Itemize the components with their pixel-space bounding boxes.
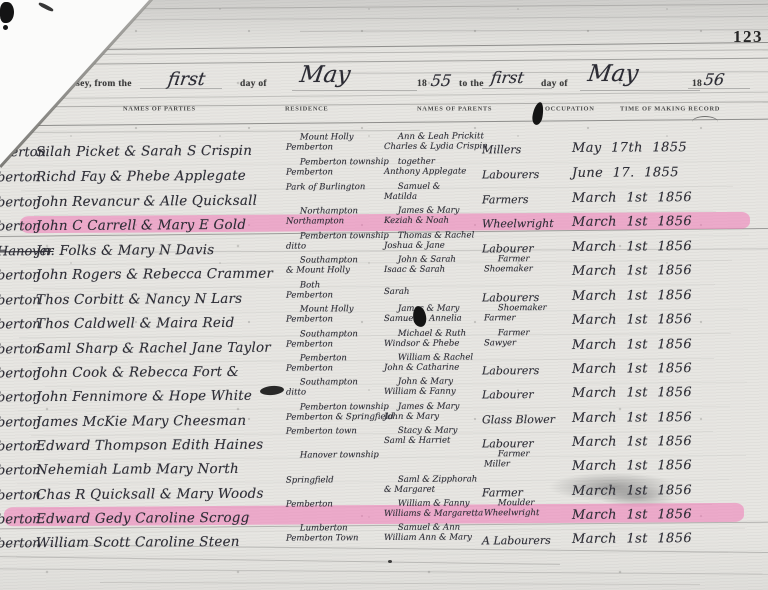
where-married-cell: berton [0,390,41,405]
occupation-cell: Glass Blower [482,413,555,426]
residence-line-2: Springfield [286,476,334,486]
residence-cell: NorthamptonNorthampton [286,207,358,226]
ink-blot-occupation-header [531,101,545,125]
record-date-cell: March 1st 1856 [572,190,692,206]
ruled-line [0,49,768,55]
parents-cell: togetherAnthony Applegate [384,157,466,177]
parents-line-2: John & Mary [384,412,460,422]
parents-line-2: Charles & Lydia Crispin [384,142,488,152]
handwritten-year-2: 56 [703,70,726,89]
residence-cell: Pemberton [286,500,333,510]
parties-names-cell: Edward Thompson Edith Haines [36,437,263,454]
parents-cell: Michael & RuthWindsor & Phebe [384,329,466,349]
handwritten-year-1: 55 [430,71,453,90]
residence-cell: Pemberton townshipPemberton & Springfiel… [286,403,394,423]
col-names-of-parties: NAMES OF PARTIES [123,105,196,112]
parents-cell: Samuel &Matilda [384,183,441,202]
occupation-cell: Labourers [482,364,539,377]
ink-dot-corner [3,25,8,30]
residence-line-2: ditto [286,388,358,398]
title-to-the: to the [459,79,484,89]
where-married-cell: berton [0,536,41,551]
where-married-cell: berton [0,195,41,210]
where-married-cell: berton [0,439,41,454]
residence-line-2: ditto [286,241,389,251]
parents-line-2: Windsor & Phebe [384,339,466,349]
parents-line-2: William Ann & Mary [384,533,472,543]
handwritten-month-1: May [298,62,352,88]
occupation-line-2: Wheelwright [484,509,539,519]
parents-cell: William & FannyWilliams & Margaretta [384,499,483,519]
parents-line-2: John & Catharine [384,363,473,373]
residence-cell: SouthamptonPemberton [286,330,358,349]
handwritten-first-2: first [490,68,526,87]
residence-line-2: Pemberton [286,364,347,374]
occupation-line-2: Sawyer [484,339,530,349]
col-time-of-record: TIME OF MAKING RECORD [620,105,720,112]
ruled-line [0,130,420,133]
parents-line-2: Anthony Applegate [384,167,466,177]
record-row: bertonWilliam Scott Caroline SteenLumber… [0,529,768,559]
parents-line-2: Williams & Margaretta [384,509,483,519]
residence-line-2: & Mount Holly [286,266,358,276]
residence-line-2: Pemberton [286,340,358,350]
record-date-cell: March 1st 1856 [572,312,692,328]
residence-cell: Pemberton town [286,427,357,437]
where-married-cell: berton [0,512,41,527]
record-date-cell: March 1st 1856 [572,385,692,401]
where-married-cell: berton [0,415,41,430]
where-married-cell: berton [0,293,41,308]
title-year-print-2: 18 [692,79,702,89]
residence-line-1: Pemberton township [300,232,389,242]
parents-cell: James & MaryJohn & Mary [384,403,460,422]
ruled-line [0,58,768,66]
parties-names-cell: John Fennimore & Hope White [36,388,252,405]
parents-cell: Samuel & AnnWilliam Ann & Mary [384,523,472,543]
occupation-cell: FarmerMiller [484,450,530,469]
parents-cell: John & SarahIsaac & Sarah [384,256,456,275]
occupation-cell: FarmerSawyer [484,329,530,348]
parents-cell: William & RachelJohn & Catharine [384,353,473,373]
ruled-line [0,568,768,574]
parties-names-cell: James McKie Mary Cheesman [36,413,246,430]
residence-line-2: Pemberton [286,315,354,325]
residence-cell: PembertonPemberton [286,354,347,373]
ruled-line [0,92,768,100]
col-occupation: OCCUPATION [545,105,594,112]
handwritten-month-2: May [586,61,640,87]
where-married-cell: berton [0,268,41,283]
parents-line-2: Saml & Harriet [384,436,458,446]
where-married-cell: berton [0,170,41,185]
parents-cell: Ann & Leah PrickittCharles & Lydia Crisp… [384,132,488,152]
parties-names-cell: John Revancur & Alle Quicksall [36,193,257,210]
ruled-line [100,582,700,585]
occupation-cell: Farmers [482,193,529,206]
record-date-cell: March 1st 1856 [572,214,692,230]
col-names-of-parents: NAMES OF PARENTS [417,105,492,112]
where-married-cell: berton [0,342,41,357]
title-day-of-2: day of [541,79,568,89]
record-date-cell: March 1st 1856 [572,507,692,523]
residence-line-2: Pemberton & Springfield [286,412,394,422]
where-married-cell: berton [0,219,41,234]
residence-cell: Mount HollyPemberton [286,133,354,152]
where-married-cell: berton [0,317,41,332]
occupation-cell: MoulderWheelwright [484,499,540,518]
residence-cell: Hanover township [286,451,379,461]
residence-cell: LumbertonPemberton Town [286,524,359,543]
record-date-cell: June 17. 1855 [572,165,679,181]
residence-line-1: Southampton [300,378,358,388]
parents-cell: John & MaryWilliam & Fanny [384,378,456,397]
residence-line-2: Park of Burlington [286,183,365,193]
handwritten-first-1: first [167,69,207,90]
occupation-cell: Labourers [482,168,539,181]
ruled-line [0,119,768,127]
parties-names-cell: Richd Fay & Phebe Applegate [36,168,246,185]
occupation-cell: Wheelwright [482,217,554,230]
where-married-cell: berton [0,366,41,381]
parties-names-cell: John Rogers & Rebecca Crammer [36,266,273,283]
parents-line-2: Isaac & Sarah [384,265,456,275]
parents-cell: Stacy & MarySaml & Harriet [384,427,458,446]
ruled-line [140,4,768,9]
residence-cell: Pemberton townshipPemberton [286,158,389,178]
residence-cell: Pemberton townshipditto [286,232,389,252]
ruled-line [330,71,768,74]
residence-cell: BothPemberton [286,281,333,300]
occupation-cell: Millers [482,143,521,156]
record-date-cell: March 1st 1856 [572,337,692,353]
record-date-cell: March 1st 1856 [572,458,692,474]
residence-line-2: Pemberton [286,143,354,153]
parties-names-cell: Nehemiah Lamb Mary North [36,461,239,478]
occupation-line-2: Shoemaker [484,265,533,275]
residence-line-2: Pemberton [286,167,389,177]
parties-names-cell: Saml Sharp & Rachel Jane Taylor [36,340,271,357]
residence-line-2: Pemberton [286,500,333,510]
occupation-cell: Labourer [482,388,534,401]
record-date-cell: March 1st 1856 [572,239,692,255]
occupation-cell: A Labourers [482,534,551,547]
parties-names-cell: Jn. Folks & Mary N Davis [36,242,214,259]
residence-cell: Southampton& Mount Holly [286,256,358,275]
record-date-cell: March 1st 1856 [572,410,692,426]
record-date-cell: March 1st 1856 [572,434,692,450]
occupation-line-2: Farmer [484,314,547,324]
parties-names-cell: John Cook & Rebecca Fort & [36,364,239,381]
residence-line-2: Pemberton town [286,427,357,437]
record-date-cell: March 1st 1856 [572,288,692,304]
pen-arc-mark [692,116,718,128]
residence-cell: Southamptonditto [286,378,358,397]
residence-cell: Mount HollyPemberton [286,305,354,324]
parents-line-2: Matilda [384,192,441,202]
parents-cell: Thomas & RachelJoshua & Jane [384,231,474,251]
residence-line-1: Hanover township [300,451,379,461]
parties-names-cell: Chas R Quicksall & Mary Woods [36,486,264,503]
occupation-line-2: Miller [484,460,530,470]
record-date-cell: March 1st 1856 [572,483,692,499]
parents-line-2: Joshua & Jane [384,241,474,251]
record-date-cell: March 1st 1856 [572,263,692,279]
parents-cell: James & MaryKeziah & Noah [384,207,460,226]
where-married-cell: berton [0,463,41,478]
parents-cell: Sarah [384,281,410,298]
residence-line-2: Northampton [286,217,358,227]
residence-line-2: Pemberton Town [286,534,359,544]
residence-line-2: Pemberton [286,291,333,301]
scanned-marriage-register-page: 123 te of New Jersey, from the first day… [0,0,768,590]
col-residence: RESIDENCE [285,105,328,112]
parties-names-cell: Thos Corbitt & Nancy N Lars [36,291,242,308]
ruled-line [300,29,768,32]
residence-cell: Park of Burlington [286,183,365,193]
occupation-cell: FarmerShoemaker [484,255,533,274]
title-year-print-1: 18 [417,79,427,89]
parents-cell: Saml & Zipphorah& Margaret [384,475,477,495]
page-number: 123 [733,27,763,47]
record-date-cell: March 1st 1856 [572,531,692,547]
parties-names-cell: Edward Gedy Caroline Scrogg [36,510,250,527]
where-married-cell: berton [0,488,41,503]
title-day-of-1: day of [240,79,267,89]
parties-names-cell: Silah Picket & Sarah S Crispin [36,143,252,160]
record-date-cell: March 1st 1856 [572,361,692,377]
record-date-cell: May 17th 1855 [572,140,687,156]
ruled-line [292,90,417,91]
parties-names-cell: Thos Caldwell & Maira Reid [36,315,235,332]
ink-speck-bottom [388,560,392,563]
parents-line-2: Keziah & Noah [384,216,460,226]
residence-cell: Springfield [286,476,334,486]
parents-line-2: & Margaret [384,485,477,495]
parents-line-2: William & Fanny [384,387,456,397]
parties-names-cell: William Scott Caroline Steen [36,534,240,551]
parties-names-cell: John C Carrell & Mary E Gold [36,217,246,234]
parents-line-1: Sarah [384,288,410,298]
row-baseline [16,552,728,557]
ruled-line [580,90,700,91]
occupation-cell: ShoemakerFarmer [484,304,547,323]
